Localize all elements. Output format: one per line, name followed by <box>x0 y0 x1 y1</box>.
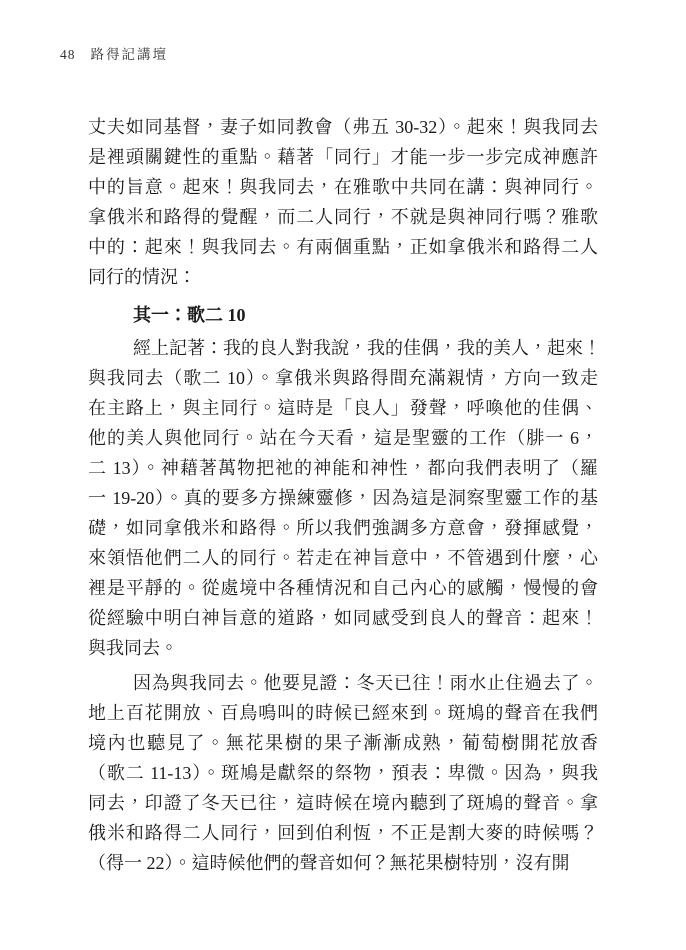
text-line: 丈夫如同基督，妻子如同教會（弗五 30-32）。起來！與我同去 <box>88 112 598 142</box>
text-line: 俄米和路得二人同行，回到伯利恆，不正是割大麥的時候嗎？ <box>88 818 598 848</box>
text-line: 二 13）。神藉著萬物把祂的神能和神性，都向我們表明了（羅 <box>88 453 598 483</box>
text-line: 他的美人與他同行。站在今天看，這是聖靈的工作（腓一 6， <box>88 423 598 453</box>
text-line: 同去，印證了冬天已往，這時候在境內聽到了斑鳩的聲音。拿 <box>88 788 598 818</box>
text-line: 地上百花開放、百鳥鳴叫的時候已經來到。斑鳩的聲音在我們 <box>88 698 598 728</box>
text-line: 來領悟他們二人的同行。若走在神旨意中，不管遇到什麼，心 <box>88 543 598 573</box>
section-heading: 其一：歌二 10 <box>88 300 598 330</box>
page-body: 丈夫如同基督，妻子如同教會（弗五 30-32）。起來！與我同去是裡頭關鍵性的重點… <box>88 112 598 878</box>
text-line: （得一 22）。這時候他們的聲音如何？無花果樹特別，沒有開 <box>88 848 598 878</box>
book-title: 路得記講壇 <box>91 47 169 63</box>
page-number: 48 <box>60 47 76 63</box>
text-line: 因為與我同去。他要見證：冬天已往！雨水止住過去了。 <box>88 668 598 698</box>
text-line: 中的旨意。起來！與我同去，在雅歌中共同在講：與神同行。 <box>88 172 598 202</box>
book-page: 48路得記講壇 丈夫如同基督，妻子如同教會（弗五 30-32）。起來！與我同去是… <box>0 0 686 950</box>
text-line: 拿俄米和路得的覺醒，而二人同行，不就是與神同行嗎？雅歌 <box>88 202 598 232</box>
paragraph: 丈夫如同基督，妻子如同教會（弗五 30-32）。起來！與我同去是裡頭關鍵性的重點… <box>88 112 598 292</box>
text-line: 是裡頭關鍵性的重點。藉著「同行」才能一步一步完成神應許 <box>88 142 598 172</box>
paragraph: 經上記著：我的良人對我說，我的佳偶，我的美人，起來！與我同去（歌二 10）。拿俄… <box>88 333 598 663</box>
text-line: 一 19-20）。真的要多方操練靈修，因為這是洞察聖靈工作的基 <box>88 483 598 513</box>
text-line: 與我同去。 <box>88 633 598 663</box>
text-line: 在主路上，與主同行。這時是「良人」發聲，呼喚他的佳偶、 <box>88 393 598 423</box>
text-line: 與我同去（歌二 10）。拿俄米與路得間充滿親情，方向一致走 <box>88 363 598 393</box>
paragraph: 因為與我同去。他要見證：冬天已往！雨水止住過去了。地上百花開放、百鳥鳴叫的時候已… <box>88 668 598 878</box>
text-line: 中的：起來！與我同去。有兩個重點，正如拿俄米和路得二人 <box>88 232 598 262</box>
text-line: 礎，如同拿俄米和路得。所以我們強調多方意會，發揮感覺， <box>88 513 598 543</box>
text-line: 經上記著：我的良人對我說，我的佳偶，我的美人，起來！ <box>88 333 598 363</box>
text-line: （歌二 11-13）。斑鳩是獻祭的祭物，預表：卑微。因為，與我 <box>88 758 598 788</box>
page-header: 48路得記講壇 <box>60 47 168 63</box>
text-line: 境內也聽見了。無花果樹的果子漸漸成熟，葡萄樹開花放香 <box>88 728 598 758</box>
text-line: 同行的情況： <box>88 262 598 292</box>
text-line: 從經驗中明白神旨意的道路，如同感受到良人的聲音：起來！ <box>88 603 598 633</box>
text-line: 裡是平靜的。從處境中各種情況和自己內心的感觸，慢慢的會 <box>88 573 598 603</box>
